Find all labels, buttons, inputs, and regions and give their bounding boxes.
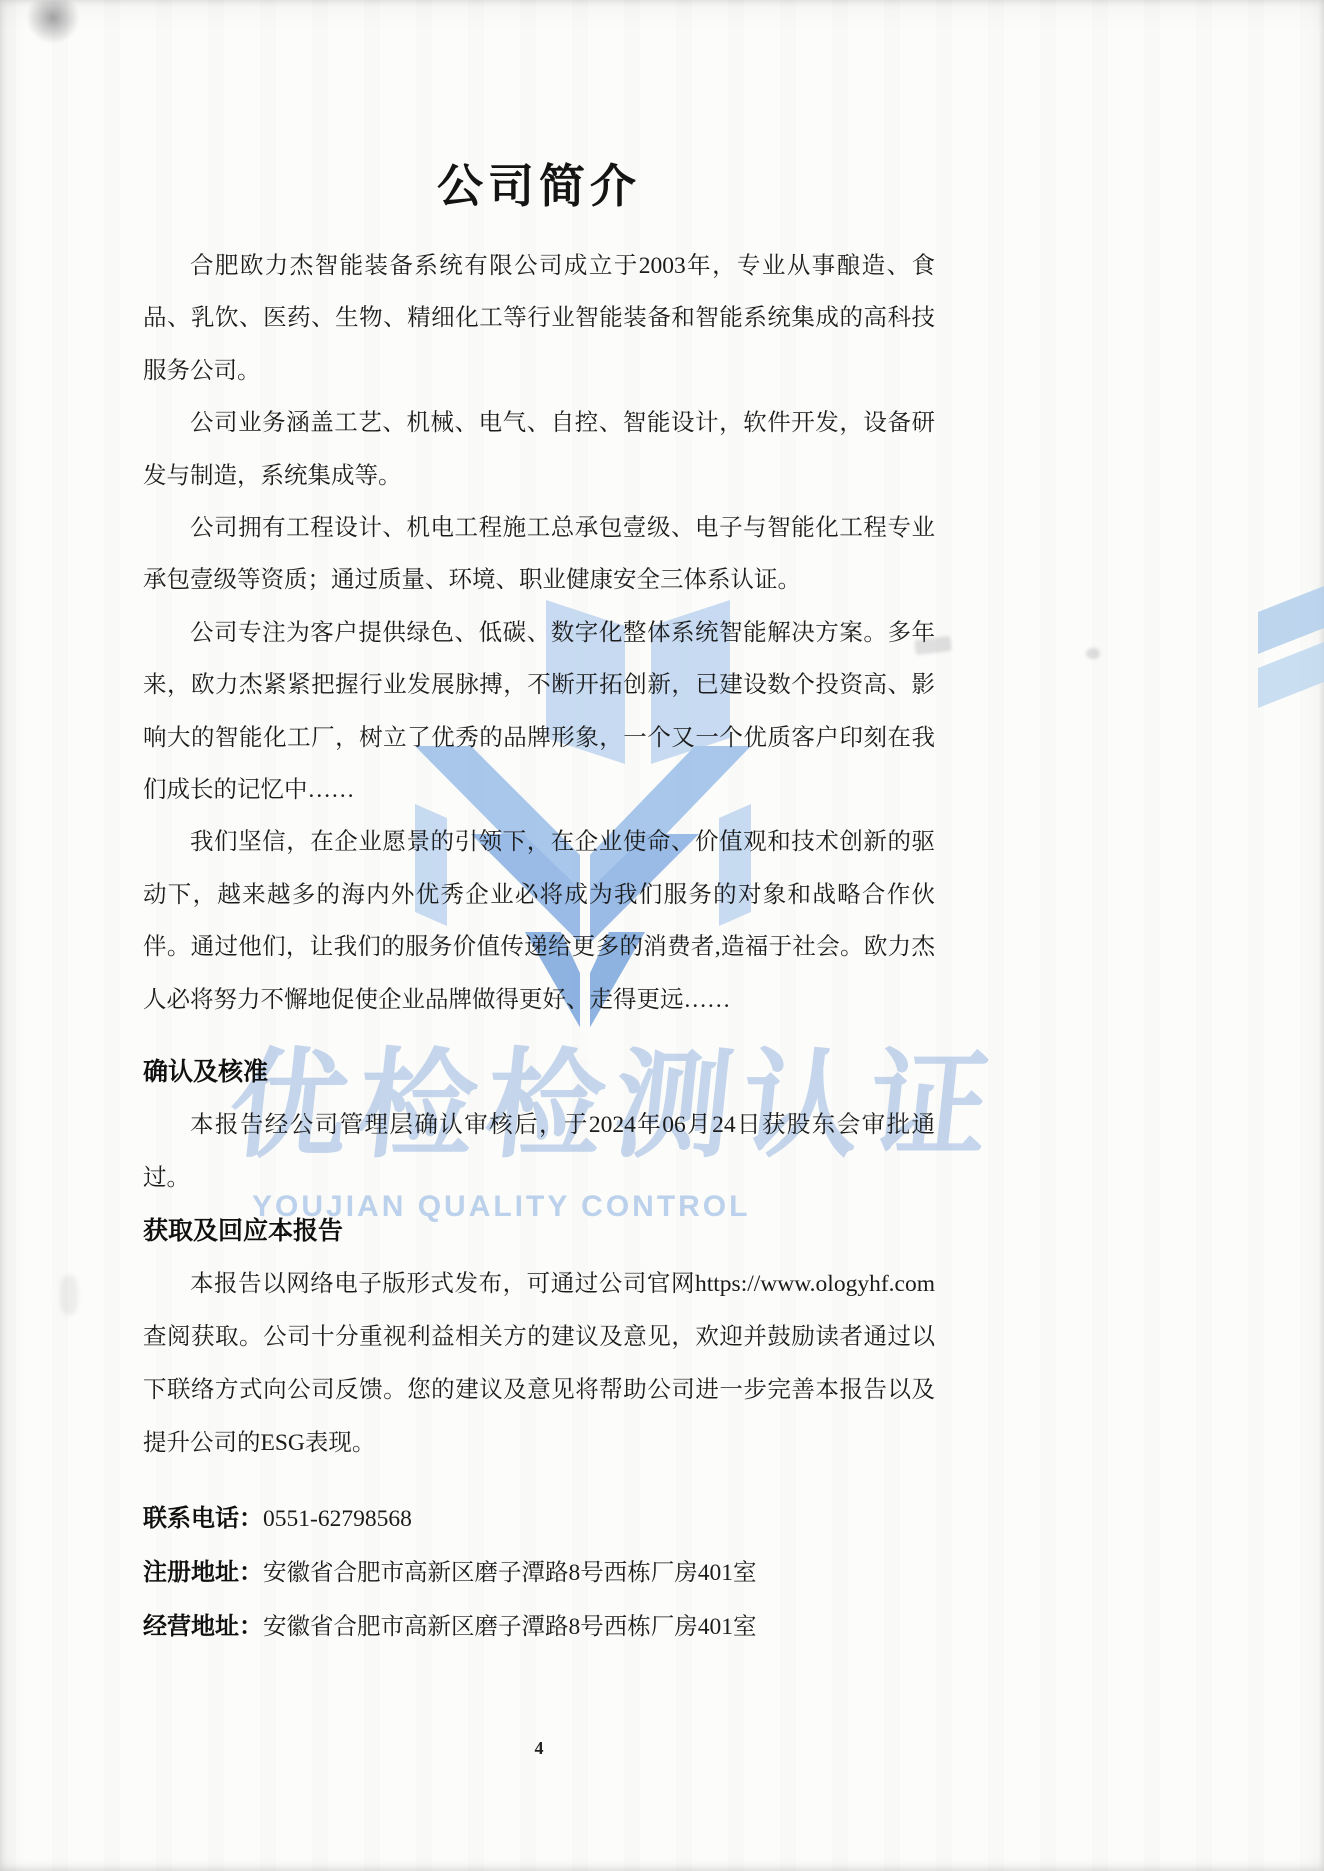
contact-row-registered-address: 注册地址：安徽省合肥市高新区磨子潭路8号西栋厂房401室: [143, 1546, 935, 1600]
contact-label-registered-address: 注册地址：: [143, 1559, 263, 1586]
section-heading-access: 获取及回应本报告: [143, 1205, 935, 1258]
intro-paragraphs: 合肥欧力杰智能装备系统有限公司成立于2003年，专业从事酿造、食品、乳饮、医药、…: [143, 240, 935, 1026]
paragraph-business-scope: 公司业务涵盖工艺、机械、电气、自控、智能设计，软件开发，设备研发与制造，系统集成…: [143, 397, 935, 502]
contact-value-phone: 0551-62798568: [263, 1506, 412, 1532]
section-body-confirmation: 本报告经公司管理层确认审核后，于2024年06月24日获股东会审批通过。: [143, 1099, 935, 1205]
page-title: 公司简介: [143, 150, 935, 216]
contact-label-phone: 联系电话：: [143, 1505, 263, 1532]
page-number: 4: [143, 1738, 935, 1759]
paragraph-vision: 我们坚信，在企业愿景的引领下，在企业使命、价值观和技术创新的驱动下，越来越多的海…: [143, 816, 935, 1026]
section-heading-confirmation: 确认及核准: [143, 1046, 935, 1099]
document-content: 公司简介 合肥欧力杰智能装备系统有限公司成立于2003年，专业从事酿造、食品、乳…: [0, 0, 1324, 1871]
contact-value-business-address: 安徽省合肥市高新区磨子潭路8号西栋厂房401室: [263, 1614, 757, 1640]
contact-info: 联系电话：0551-62798568 注册地址：安徽省合肥市高新区磨子潭路8号西…: [143, 1492, 935, 1654]
report-sections: 确认及核准 本报告经公司管理层确认审核后，于2024年06月24日获股东会审批通…: [143, 1046, 935, 1470]
contact-row-phone: 联系电话：0551-62798568: [143, 1492, 935, 1546]
document-page: 优检检测认证 YOUJIAN QUALITY CONTROL 公司简介 合肥欧力…: [0, 0, 1324, 1871]
paragraph-company-founding: 合肥欧力杰智能装备系统有限公司成立于2003年，专业从事酿造、食品、乳饮、医药、…: [143, 240, 935, 397]
contact-value-registered-address: 安徽省合肥市高新区磨子潭路8号西栋厂房401室: [263, 1560, 757, 1586]
contact-label-business-address: 经营地址：: [143, 1613, 263, 1640]
contact-row-business-address: 经营地址：安徽省合肥市高新区磨子潭路8号西栋厂房401室: [143, 1600, 935, 1654]
paragraph-solutions: 公司专注为客户提供绿色、低碳、数字化整体系统智能解决方案。多年来，欧力杰紧紧把握…: [143, 607, 935, 817]
paragraph-qualifications: 公司拥有工程设计、机电工程施工总承包壹级、电子与智能化工程专业承包壹级等资质；通…: [143, 502, 935, 607]
section-body-access: 本报告以网络电子版形式发布，可通过公司官网https://www.ologyhf…: [143, 1258, 935, 1470]
